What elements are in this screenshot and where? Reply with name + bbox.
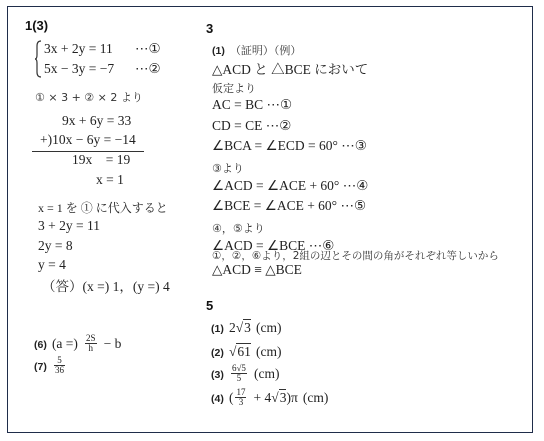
q1-label: (1): [212, 45, 225, 57]
add-line-2: +)10x − 6y = −14: [40, 132, 136, 148]
proof-line-5: ∠BCA = ∠ECD = 60° ⋯③: [212, 138, 367, 154]
system-eq2-ref: ⋯②: [135, 61, 161, 77]
q5-4-answer: (4) (173 + 4√3)π (cm): [211, 387, 328, 407]
q5-3-answer: (3) 6√55 (cm): [211, 363, 279, 383]
q7-label: (7): [34, 361, 47, 373]
q5-2-unit: (cm): [256, 344, 281, 359]
proof-line-12: △ACD ≡ △BCE: [212, 262, 302, 278]
q7-fraction: 536: [54, 356, 65, 375]
q5-3-unit: (cm): [254, 366, 279, 381]
q6-denominator: h: [85, 344, 97, 353]
q5-4-close: )π: [286, 390, 297, 405]
q5-4-unit: (cm): [303, 390, 328, 405]
system-eq2: 5x − 3y = −7: [44, 61, 114, 77]
section-heading-3: 3: [206, 21, 213, 36]
q5-3-fraction: 6√55: [231, 364, 247, 383]
q5-2-radicand: 61: [236, 343, 251, 359]
proof-line-7: ∠ACD = ∠ACE + 60° ⋯④: [212, 178, 368, 194]
proof-line-8: ∠BCE = ∠ACE + 60° ⋯⑤: [212, 198, 366, 214]
q7-answer: (7) 536: [34, 355, 67, 375]
q5-2-label: (2): [211, 347, 224, 359]
q5-3-denominator: 5: [231, 374, 247, 383]
q6-fraction: 2Sh: [85, 334, 97, 353]
brace-icon: [35, 40, 41, 78]
q6-prefix: (a =): [52, 336, 78, 351]
sub-line-2: 2y = 8: [38, 238, 73, 254]
q6-suffix: − b: [104, 336, 122, 351]
q5-1-unit: (cm): [256, 320, 281, 335]
proof-line-3: AC = BC ⋯①: [212, 97, 292, 113]
q1-header: (1) （証明）（例）: [212, 39, 301, 58]
proof-line-11: ①，②，⑥より，2組の辺とその間の角がそれぞれ等しいから: [212, 248, 499, 263]
add-sum: 19x = 19: [72, 152, 130, 168]
substitute-line: x = 1 を ① に代入すると: [38, 199, 168, 216]
q5-1-coef: 2: [229, 320, 236, 335]
section-heading-5: 5: [206, 298, 213, 313]
proof-line-2: 仮定より: [212, 80, 256, 96]
q5-1-label: (1): [211, 323, 224, 335]
q5-2-answer: (2) √61 (cm): [211, 341, 281, 360]
system-eq1: 3x + 2y = 11: [44, 41, 113, 57]
q5-4-denominator: 3: [235, 398, 246, 407]
q1-title: （証明）（例）: [230, 44, 302, 57]
x-result: x = 1: [96, 172, 124, 188]
proof-line-6: ③より: [212, 160, 244, 176]
proof-line-1: △ACD と △BCE において: [212, 58, 368, 78]
q5-4-open: (: [229, 390, 234, 405]
q6-label: (6): [34, 339, 47, 351]
q6-answer: (6) (a =) 2Sh − b: [34, 333, 121, 353]
q5-4-fraction: 173: [235, 388, 246, 407]
q5-4-mid: + 4: [254, 390, 272, 405]
q7-denominator: 36: [54, 366, 65, 375]
answer-line: （答）(x =) 1，(y =) 4: [42, 275, 170, 295]
sub-line-3: y = 4: [38, 257, 66, 273]
proof-line-9: ④，⑤より: [212, 220, 265, 236]
sub-line-1: 3 + 2y = 11: [38, 218, 100, 234]
q5-1-answer: (1) 2√3 (cm): [211, 317, 281, 336]
q5-1-radicand: 3: [243, 319, 251, 335]
q5-3-label: (3): [211, 369, 224, 381]
step-intro: ① × 3 + ② × 2 より: [35, 89, 143, 105]
proof-line-4: CD = CE ⋯②: [212, 118, 291, 134]
q5-4-label: (4): [211, 393, 224, 405]
section-heading-1-3: 1(3): [25, 18, 48, 33]
add-line-1: 9x + 6y = 33: [62, 113, 131, 129]
system-eq1-ref: ⋯①: [135, 41, 161, 57]
